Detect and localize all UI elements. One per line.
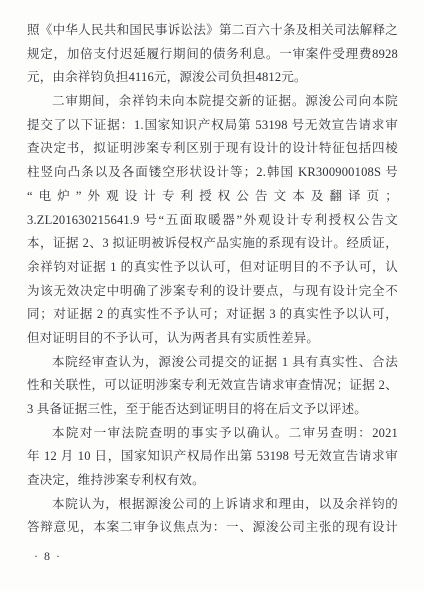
doc-line: 年 12 月 10 日，国家知识产权局作出第 53198 号无效宣告请求审 xyxy=(27,445,398,469)
doc-line: 余祥钧对证据 1 的真实性予以认可，但对证明目的不予认可，认 xyxy=(27,256,398,280)
doc-line: 本，证据 2、3 拟证明被诉侵权产品实施的系现有设计。经质证， xyxy=(27,232,398,256)
doc-line: 元，由余祥钧负担4116元，源浚公司负担4812元。 xyxy=(27,66,398,90)
doc-line: 性和关联性，可以证明涉案专利无效宣告请求审查情况；证据 2、 xyxy=(27,374,398,398)
doc-line: 本院认为，根据源浚公司的上诉请求和理由，以及余祥钧的 xyxy=(27,493,398,517)
doc-line: 柱竖向凸条以及各面镂空形状设计等；2.韩国 KR300900108S 号 xyxy=(27,161,398,185)
doc-line: 本院经审查认为，源浚公司提交的证据 1 具有真实性、合法 xyxy=(27,351,398,375)
doc-line: 提交了以下证据：1.国家知识产权局第 53198 号无效宣告请求审 xyxy=(27,114,398,138)
doc-line: “电炉”外观设计专利授权公告文本及翻译页； xyxy=(27,185,398,209)
doc-line: 查决定书，拟证明涉案专利区别于现有设计的设计特征包括四棱 xyxy=(27,137,398,161)
doc-line: 同；对证据 2 的真实性不予认可；对证据 3 的真实性予以认可， xyxy=(27,303,398,327)
doc-line: 3.ZL201630215641.9 号“五面取暖器”外观设计专利授权公告文 xyxy=(27,209,398,233)
doc-line: 规定，加倍支付迟延履行期间的债务利息。一审案件受理费8928 xyxy=(27,43,398,67)
doc-line: 本院对一审法院查明的事实予以确认。二审另查明：2021 xyxy=(27,422,398,446)
doc-line: 但对证明目的不予认可，认为两者具有实质性差异。 xyxy=(27,327,398,351)
doc-line: 答辩意见，本案二审争议焦点为：一、源浚公司主张的现有设计 xyxy=(27,516,398,540)
doc-line: 为该无效决定中明确了涉案专利的设计要点，与现有设计完全不 xyxy=(27,280,398,304)
document-page: 照《中华人民共和国民事诉讼法》第二百六十条及相关司法解释之 规定，加倍支付迟延履… xyxy=(0,0,424,591)
doc-line: 3 具备证据三性，至于能否达到证明目的将在后文予以评述。 xyxy=(27,398,398,422)
doc-line: 查决定，维持涉案专利权有效。 xyxy=(27,469,398,493)
doc-line: 二审期间，余祥钧未向本院提交新的证据。源浚公司向本院 xyxy=(27,90,398,114)
judgment-text-block: 照《中华人民共和国民事诉讼法》第二百六十条及相关司法解释之 规定，加倍支付迟延履… xyxy=(27,19,398,540)
page-number: · 8 · xyxy=(34,549,62,563)
doc-line: 照《中华人民共和国民事诉讼法》第二百六十条及相关司法解释之 xyxy=(27,19,398,43)
